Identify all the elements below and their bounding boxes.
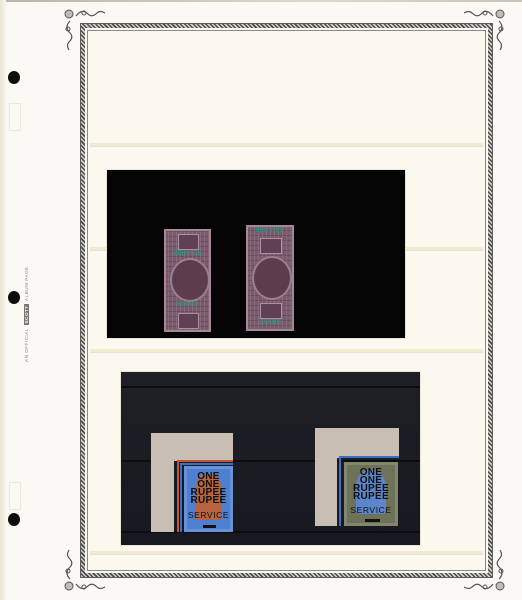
imprint-suffix: ALBUM PAGE — [24, 266, 29, 301]
stamp-overprint: SERVICE — [164, 251, 211, 257]
stamp-overprint: SERVICE — [246, 228, 294, 234]
stamp-design: ONE ONE RUPEE RUPEE SERVICE — [184, 466, 233, 532]
hole-guide — [9, 482, 21, 510]
revenue-stamp[interactable]: SERVICE STAMP — [164, 229, 211, 332]
stamp-overprint: STAMP — [246, 320, 294, 326]
imprint-prefix: AN OFFICIAL — [24, 328, 29, 362]
stamp-value-panel — [260, 303, 281, 319]
stamp-overprint: STAMP — [164, 302, 211, 308]
kgv-service-stamp[interactable]: ONE ONE RUPEE RUPEE SERVICE — [151, 433, 233, 532]
overprint-line: RUPEE — [184, 496, 233, 505]
sheet-margin — [315, 428, 337, 526]
strip-guide-line — [90, 551, 483, 555]
margin-line — [177, 460, 179, 532]
stamp-mount-lower[interactable]: ONE ONE RUPEE RUPEE SERVICE ONE ONE RUPE… — [121, 372, 420, 545]
corner-ornament-icon — [62, 6, 108, 52]
mount-rib — [121, 386, 420, 388]
obliterating-bar — [365, 519, 380, 522]
stamp-value-panel — [178, 313, 199, 329]
overprint-line: RUPEE — [344, 492, 398, 501]
binder-hole — [8, 291, 20, 304]
queen-portrait-icon — [170, 258, 210, 302]
page-left-edge — [0, 0, 6, 600]
queen-portrait-icon — [252, 256, 292, 300]
imprint-brand: SCOTT — [24, 304, 29, 324]
obliterating-bar — [203, 525, 217, 528]
sheet-margin — [151, 433, 174, 532]
revenue-stamp[interactable]: SERVICE STAMP — [246, 225, 294, 331]
page-top-edge — [0, 0, 522, 2]
stamp-design: ONE ONE RUPEE RUPEE SERVICE — [344, 462, 398, 526]
margin-line — [180, 463, 182, 532]
corner-ornament-icon — [62, 548, 108, 594]
strip-guide-line — [90, 349, 483, 353]
publisher-imprint: AN OFFICIAL SCOTT ALBUM PAGE — [24, 266, 29, 362]
service-overprint: SERVICE — [344, 505, 398, 515]
service-overprint: SERVICE — [184, 510, 233, 520]
stamp-value-panel — [260, 238, 281, 254]
kgv-service-stamp[interactable]: ONE ONE RUPEE RUPEE SERVICE — [315, 428, 399, 526]
margin-line — [339, 456, 399, 458]
stamp-mount-upper[interactable]: SERVICE STAMP SERVICE STAMP — [107, 170, 405, 338]
stamp-value-panel — [178, 234, 199, 250]
hole-guide — [9, 103, 21, 131]
corner-ornament-icon — [461, 6, 507, 52]
strip-guide-line — [90, 143, 483, 147]
binder-hole — [8, 71, 20, 84]
corner-ornament-icon — [461, 548, 507, 594]
margin-line — [177, 460, 233, 462]
margin-line — [180, 463, 233, 465]
margin-line — [339, 456, 341, 526]
binder-hole — [8, 513, 20, 526]
